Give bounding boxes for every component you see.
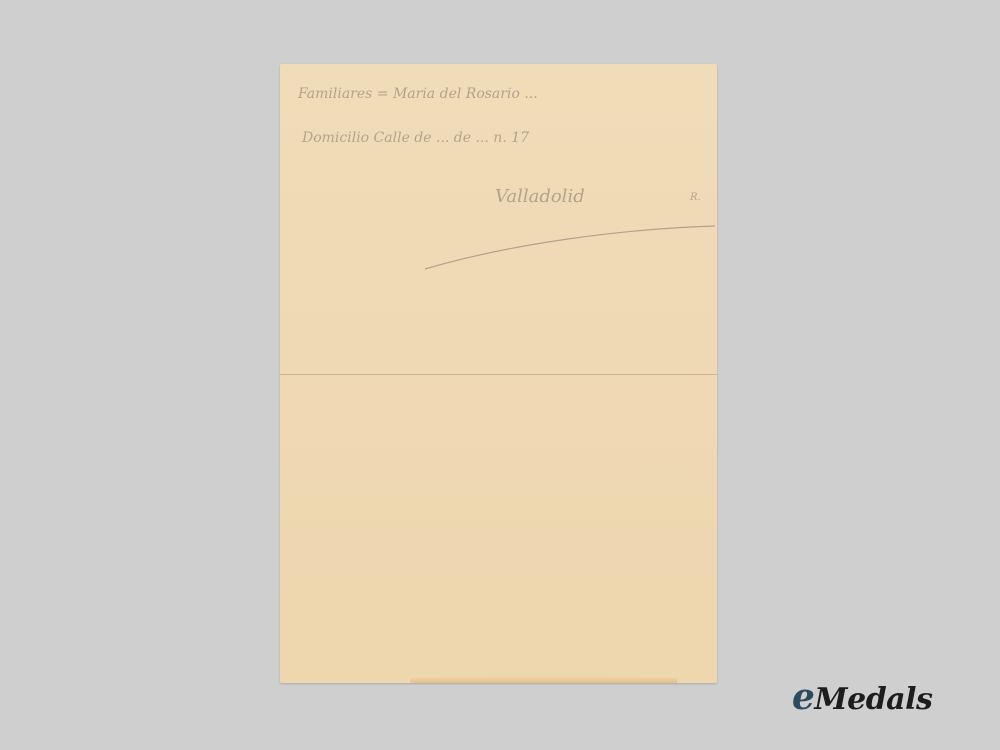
logo-text: Medals — [814, 682, 932, 717]
handwritten-line-2: Domicilio Calle de ... de ... n. 17 — [302, 130, 529, 146]
emedals-logo: eMedals — [792, 676, 932, 718]
edge-stain — [410, 676, 677, 683]
fold-crease — [280, 374, 717, 375]
document-sheet: Familiares = Maria del Rosario ... Domic… — [280, 64, 717, 683]
underline-flourish-icon — [420, 214, 720, 274]
margin-mark: R. — [690, 192, 701, 203]
logo-e: e — [792, 676, 814, 718]
handwritten-line-1: Familiares = Maria del Rosario ... — [298, 86, 538, 102]
handwritten-signature-city: Valladolid — [495, 186, 585, 207]
